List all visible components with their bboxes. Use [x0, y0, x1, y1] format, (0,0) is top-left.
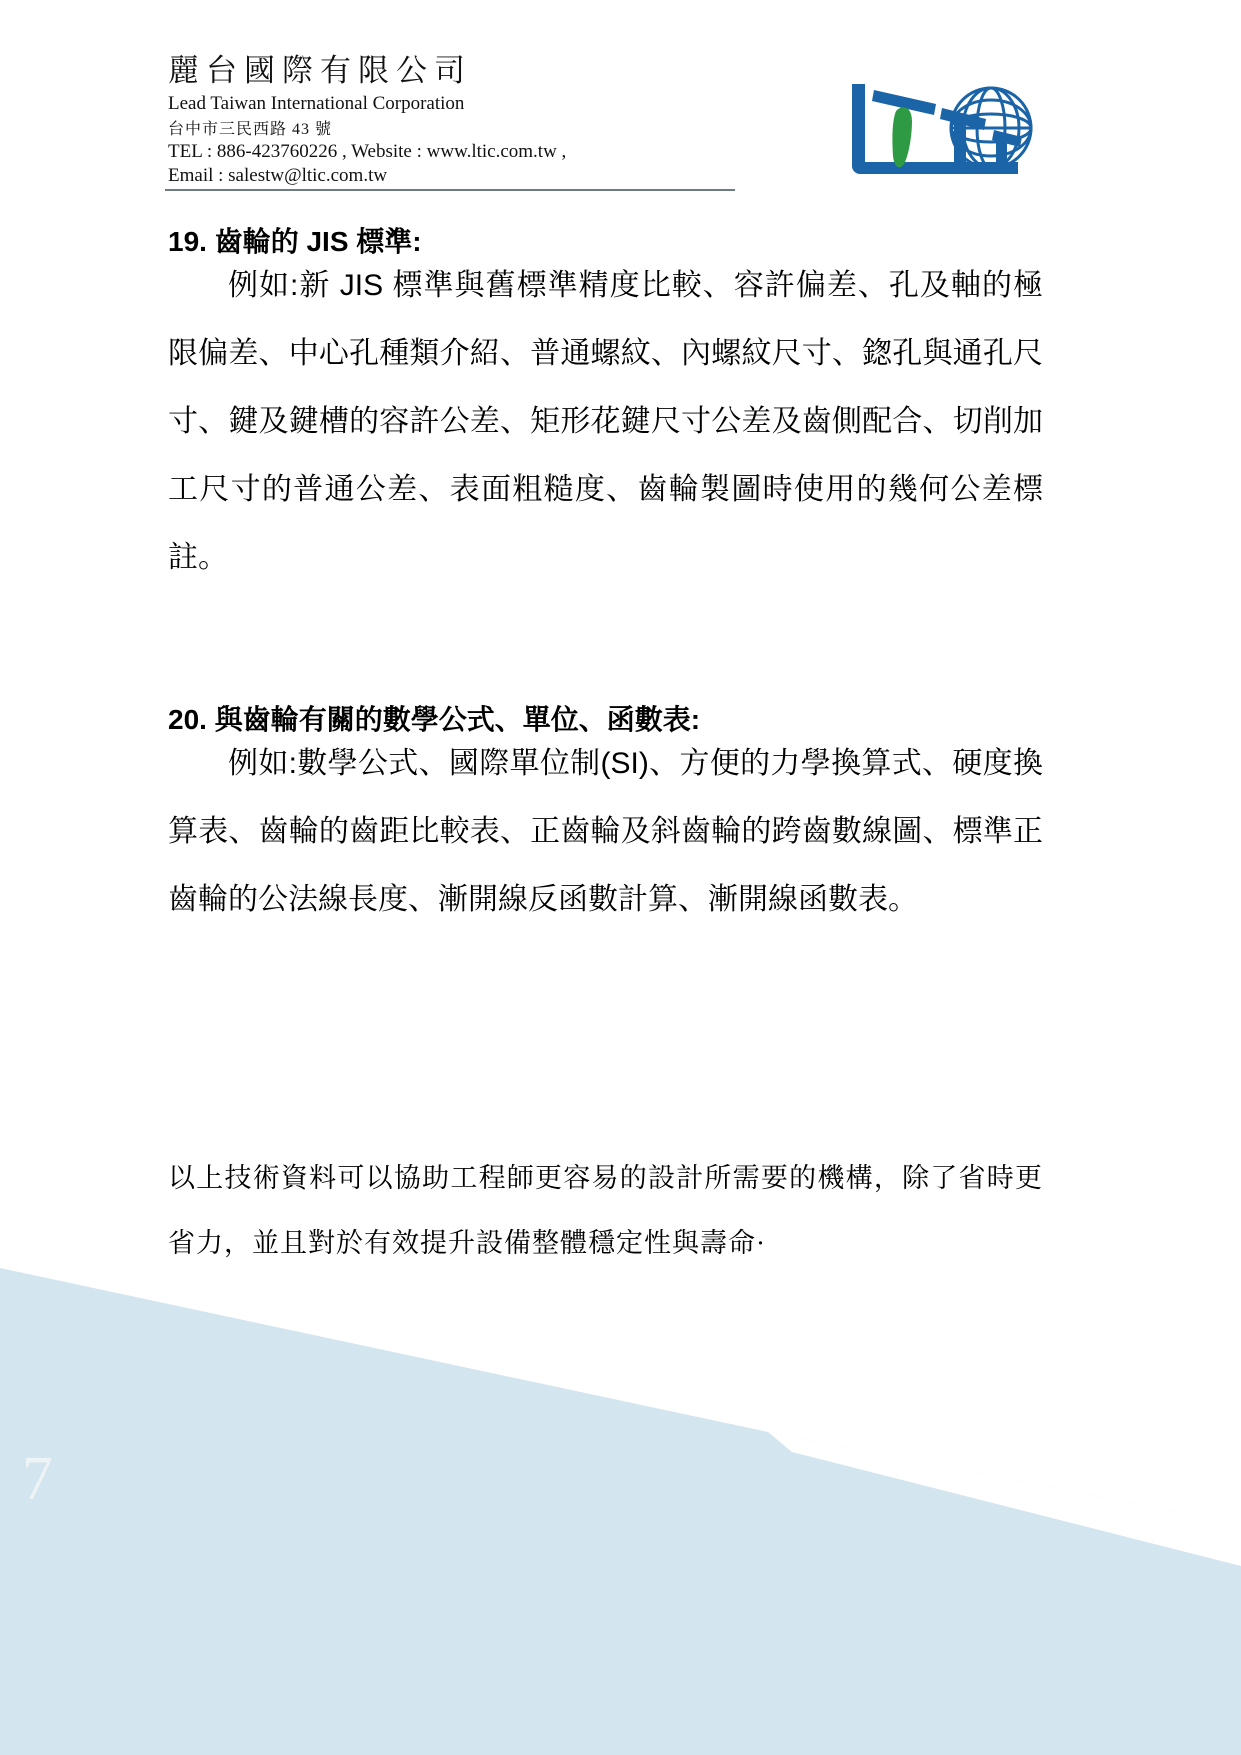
company-address: 台中市三民西路 43 號 [168, 119, 743, 141]
document-content: 麗台國際有限公司 Lead Taiwan International Corpo… [0, 0, 1241, 1755]
header-divider [165, 189, 735, 191]
logo-letter-t2-stem [954, 116, 966, 164]
company-name-en: Lead Taiwan International Corporation [168, 93, 743, 116]
taiwan-island-icon [892, 107, 912, 167]
company-contact-line: TEL : 886-423760226 , Website : www.ltic… [168, 140, 743, 164]
logo-letter-r-stem [996, 134, 1007, 164]
closing-paragraph: 以上技術資料可以協助工程師更容易的設計所需要的機構，除了省時更省力，並且對於有效… [168, 1146, 1043, 1276]
document-page: 麗台國際有限公司 Lead Taiwan International Corpo… [0, 0, 1241, 1755]
page-number: 7 [22, 1448, 53, 1510]
section-19-paragraph: 例如:新 JIS 標準與舊標準精度比較、容許偏差、孔及軸的極限偏差、中心孔種類介… [168, 252, 1043, 592]
company-name-zh: 麗台國際有限公司 [168, 52, 743, 91]
ltic-logo-icon [846, 76, 1046, 194]
company-email-line: Email : salestw@ltic.com.tw [168, 164, 743, 188]
letterhead: 麗台國際有限公司 Lead Taiwan International Corpo… [168, 52, 743, 188]
section-20-paragraph: 例如:數學公式、國際單位制(SI)、方便的力學換算式、硬度換算表、齒輪的齒距比較… [168, 730, 1043, 934]
